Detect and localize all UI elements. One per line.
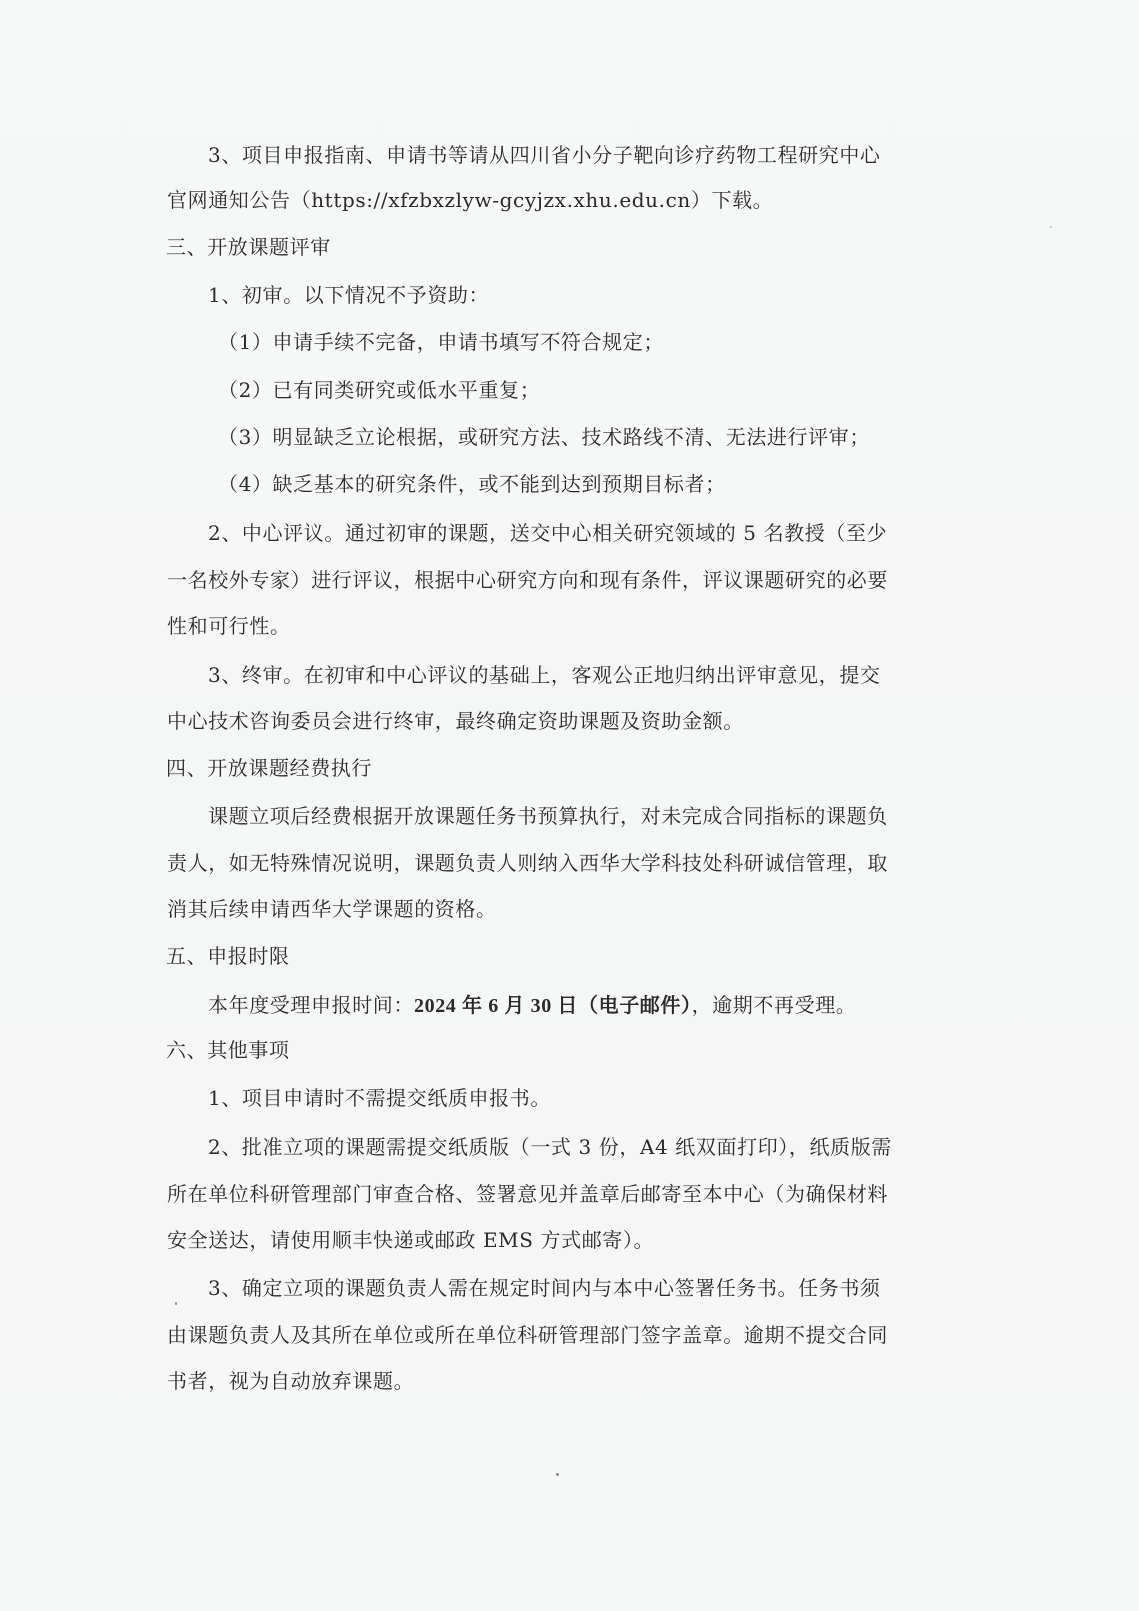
guide-download-line-2: 官网通知公告（https://xfzbxzlyw-gcyjzx.xhu.edu.…	[167, 186, 977, 214]
review-sub-item-1: （1）申请手续不完备，申请书填写不符合规定；	[218, 328, 1028, 356]
deadline-line: 本年度受理申报时间：2024 年 6 月 30 日（电子邮件），逾期不再受理。	[208, 991, 1018, 1020]
review-sub-item-2: （2）已有同类研究或低水平重复；	[218, 376, 1028, 404]
review-item-3-line-2: 中心技术咨询委员会进行终审，最终确定资助课题及资助金额。	[167, 707, 977, 735]
deadline-prefix: 本年度受理申报时间：	[208, 993, 414, 1017]
scanned-document-page: 3、项目申报指南、申请书等请从四川省小分子靶向诊疗药物工程研究中心 官网通知公告…	[0, 0, 1139, 1611]
other-item-3-line-2: 由课题负责人及其所在单位或所在单位科研管理部门签字盖章。逾期不提交合同	[167, 1321, 977, 1349]
funding-line-3: 消其后续申请西华大学课题的资格。	[167, 895, 977, 923]
section-4-heading: 四、开放课题经费执行	[166, 754, 976, 782]
other-item-3-line-3: 书者，视为自动放弃课题。	[167, 1367, 977, 1395]
other-item-2-line-3: 安全送达，请使用顺丰快递或邮政 EMS 方式邮寄）。	[167, 1226, 977, 1254]
review-sub-item-4: （4）缺乏基本的研究条件，或不能到达到预期目标者；	[218, 470, 1028, 498]
other-item-2-line-2: 所在单位科研管理部门审查合格、签署意见并盖章后邮寄至本中心（为确保材料	[167, 1180, 977, 1208]
review-item-3-line-1: 3、终审。在初审和中心评议的基础上，客观公正地归纳出评审意见，提交	[208, 661, 1018, 689]
review-item-2-line-2: 一名校外专家）进行评议，根据中心研究方向和现有条件，评议课题研究的必要	[167, 566, 977, 594]
scan-speck	[175, 1302, 177, 1305]
other-item-3-line-1: 3、确定立项的课题负责人需在规定时间内与本中心签署任务书。任务书须	[208, 1274, 1018, 1302]
funding-line-2: 责人，如无特殊情况说明，课题负责人则纳入西华大学科技处科研诚信管理，取	[167, 849, 977, 877]
deadline-suffix: ，逾期不再受理。	[692, 993, 857, 1017]
funding-line-1: 课题立项后经费根据开放课题任务书预算执行，对未完成合同指标的课题负	[208, 802, 1018, 830]
section-5-heading: 五、申报时限	[166, 942, 976, 970]
section-6-heading: 六、其他事项	[166, 1036, 976, 1064]
review-item-2-line-1: 2、中心评议。通过初审的课题，送交中心相关研究领域的 5 名教授（至少	[208, 519, 1018, 547]
scan-speck	[556, 1473, 559, 1476]
section-3-heading: 三、开放课题评审	[166, 233, 976, 261]
other-item-1: 1、项目申请时不需提交纸质申报书。	[208, 1084, 1018, 1112]
scan-speck	[1050, 226, 1052, 228]
other-item-2-line-1: 2、批准立项的课题需提交纸质版（一式 3 份，A4 纸双面打印），纸质版需	[208, 1133, 1018, 1161]
deadline-date: 2024 年 6 月 30 日（电子邮件）	[414, 995, 692, 1017]
review-item-2-line-3: 性和可行性。	[167, 612, 977, 640]
guide-download-line-1: 3、项目申报指南、申请书等请从四川省小分子靶向诊疗药物工程研究中心	[208, 141, 1018, 169]
review-sub-item-3: （3）明显缺乏立论根据，或研究方法、技术路线不清、无法进行评审；	[218, 423, 1028, 451]
review-item-1: 1、初审。以下情况不予资助：	[208, 281, 1018, 309]
